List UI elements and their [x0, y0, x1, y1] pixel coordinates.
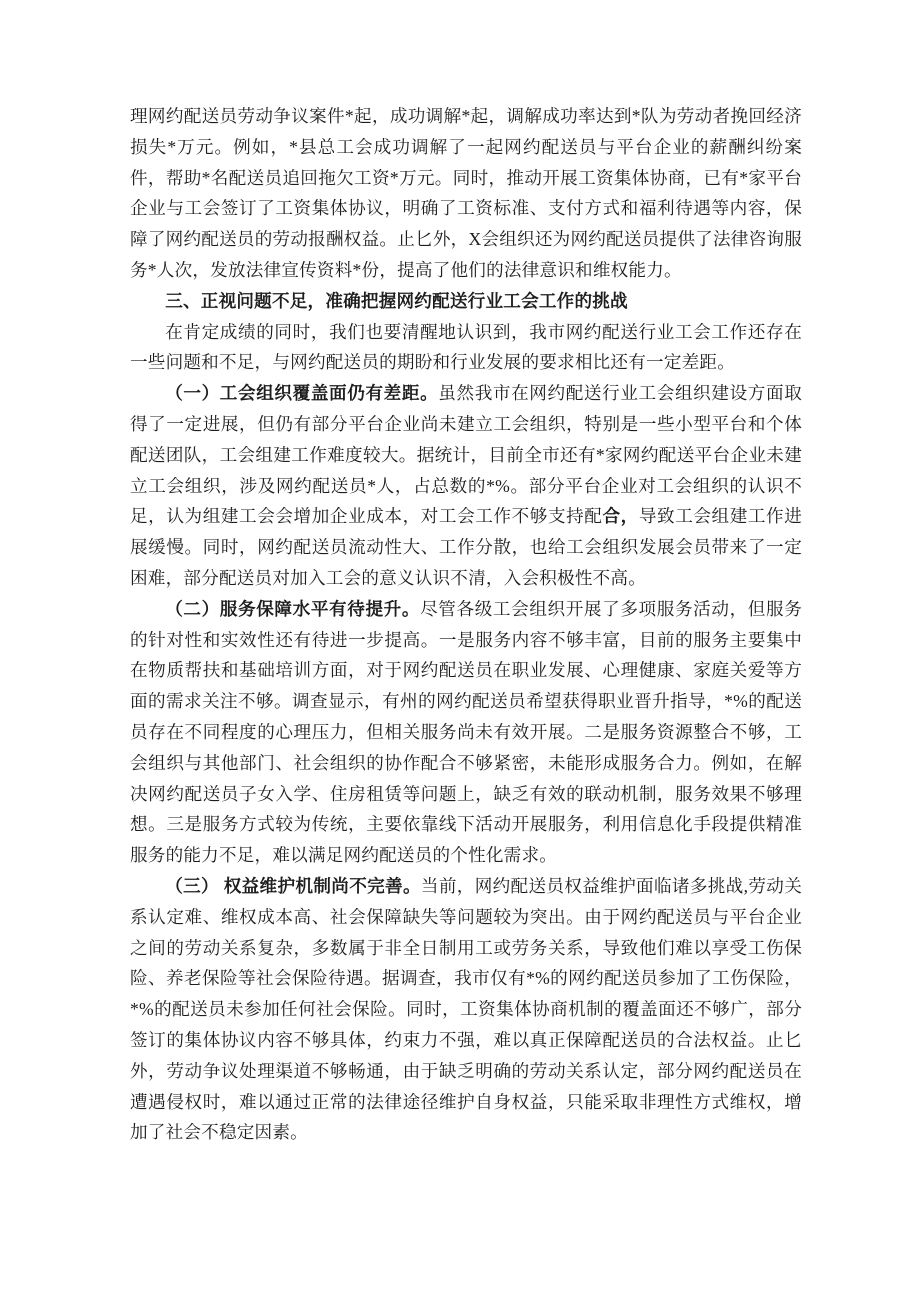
- paragraph-intro: 在肯定成绩的同时，我们也要清醒地认识到，我市网约配送行业工会工作还存在一些问题和…: [130, 317, 802, 379]
- point-2-body: 尽管各级工会组织开展了多项服务活动，但服务的针对性和实效性还有待进一步提高。一是…: [130, 599, 802, 865]
- point-1-body-part1: 虽然我市在网约配送行业工会组织建设方面取得了一定进展，但仍有部分平台企业尚未建立…: [130, 383, 802, 526]
- point-3-body: 当前，网约配送员权益维护面临诸多挑战,劳动关系认定难、维权成本高、社会保障缺失等…: [130, 876, 802, 1142]
- section-heading: 三、正视问题不足，准确把握网约配送行业工会工作的挑战: [130, 286, 802, 317]
- point-1-lead: （一）工会组织覆盖面仍有差距。: [165, 383, 438, 403]
- paragraph-point-1: （一）工会组织覆盖面仍有差距。虽然我市在网约配送行业工会组织建设方面取得了一定进…: [130, 378, 802, 594]
- point-1-bold-fragment: 合，: [602, 506, 638, 526]
- paragraph-point-3: （三） 权益维护机制尚不完善。当前，网约配送员权益维护面临诸多挑战,劳动关系认定…: [130, 871, 802, 1148]
- paragraph-continuation: 理网约配送员劳动争议案件*起，成功调解*起，调解成功率达到*队为劳动者挽回经济损…: [130, 101, 802, 286]
- document-page: 理网约配送员劳动争议案件*起，成功调解*起，调解成功率达到*队为劳动者挽回经济损…: [130, 101, 802, 1148]
- point-2-lead: （二）服务保障水平有待提升。: [165, 599, 420, 619]
- paragraph-point-2: （二）服务保障水平有待提升。尽管各级工会组织开展了多项服务活动，但服务的针对性和…: [130, 594, 802, 871]
- point-3-lead: （三） 权益维护机制尚不完善。: [165, 876, 421, 896]
